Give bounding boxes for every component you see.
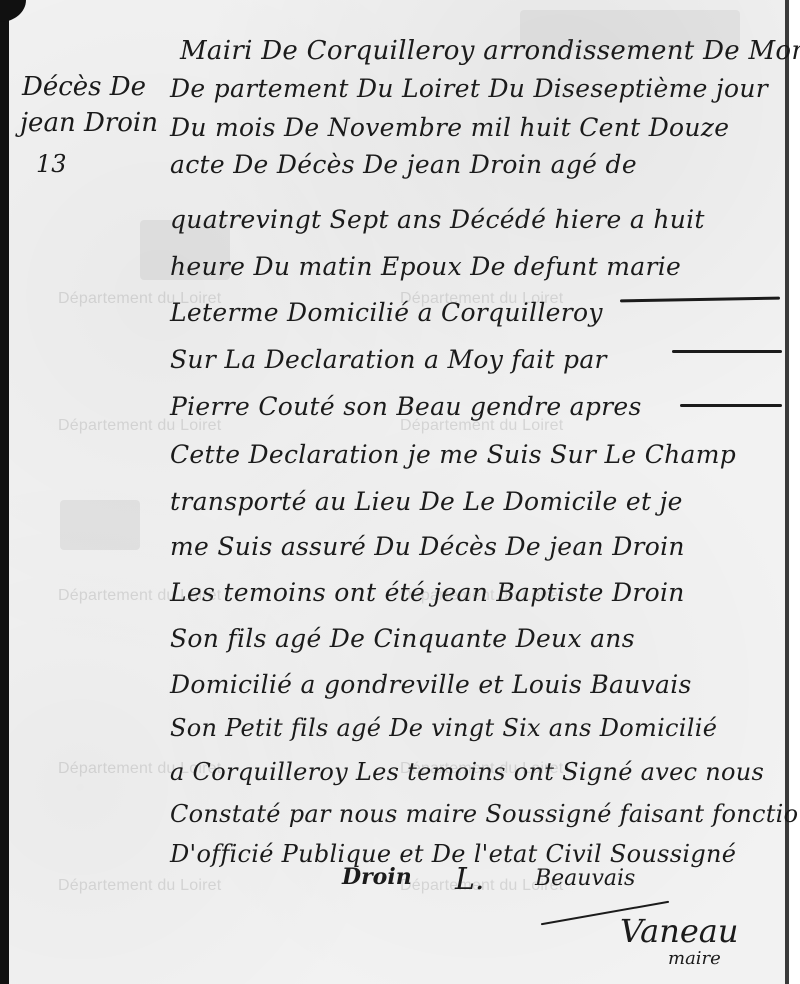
signature-witness-beauvais: Beauvais xyxy=(535,866,635,891)
record-line: heure Du matin Epoux De defunt marie xyxy=(170,252,681,281)
margin-note-title: Décès De xyxy=(22,72,146,102)
record-line: De partement Du Loiret Du Diseseptième j… xyxy=(170,74,768,103)
mayor-title: maire xyxy=(668,948,721,969)
signature-witness-initial: L. xyxy=(455,862,484,897)
record-line: Cette Declaration je me Suis Sur Le Cham… xyxy=(170,440,736,469)
scan-margin xyxy=(789,0,800,984)
record-line: Sur La Declaration a Moy fait par xyxy=(170,345,607,374)
record-line: a Corquilleroy Les temoins ont Signé ave… xyxy=(170,758,764,786)
record-line: acte De Décès De jean Droin agé de xyxy=(170,150,637,179)
record-line: Constaté par nous maire Soussigné faisan… xyxy=(170,800,800,828)
line-filler-stroke xyxy=(680,404,782,407)
record-line: Son Petit fils agé De vingt Six ans Domi… xyxy=(170,714,717,742)
signature-witness-droin: Droin xyxy=(342,864,412,890)
record-line: me Suis assuré Du Décès De jean Droin xyxy=(170,532,685,561)
signature-mayor: Vaneau xyxy=(620,912,738,950)
record-line: quatrevingt Sept ans Décédé hiere a huit xyxy=(170,205,705,234)
watermark: Département du Loiret xyxy=(58,877,221,895)
record-line: Pierre Couté son Beau gendre apres xyxy=(170,392,642,421)
page-corner-shadow xyxy=(0,0,26,22)
record-line: Leterme Domicilié a Corquilleroy xyxy=(170,298,603,327)
margin-note-number: 13 xyxy=(36,150,67,178)
margin-note-name: jean Droin xyxy=(20,108,158,138)
document-page: Département du Loiret Département du Loi… xyxy=(0,0,800,984)
record-line: Son fils agé De Cinquante Deux ans xyxy=(170,624,635,653)
record-line: transporté au Lieu De Le Domicile et je xyxy=(170,487,683,516)
record-line: Mairi De Corquilleroy arrondissement De … xyxy=(180,36,800,66)
page-left-edge xyxy=(0,0,9,984)
record-line: D'officié Publique et De l'etat Civil So… xyxy=(170,840,736,868)
record-line: Domicilié a gondreville et Louis Bauvais xyxy=(170,670,692,699)
record-line: Du mois De Novembre mil huit Cent Douze xyxy=(170,113,729,142)
line-filler-stroke xyxy=(672,350,782,353)
record-line: Les temoins ont été jean Baptiste Droin xyxy=(170,578,685,607)
line-filler-stroke xyxy=(620,297,780,303)
ink-bleed-smudge xyxy=(60,500,140,550)
